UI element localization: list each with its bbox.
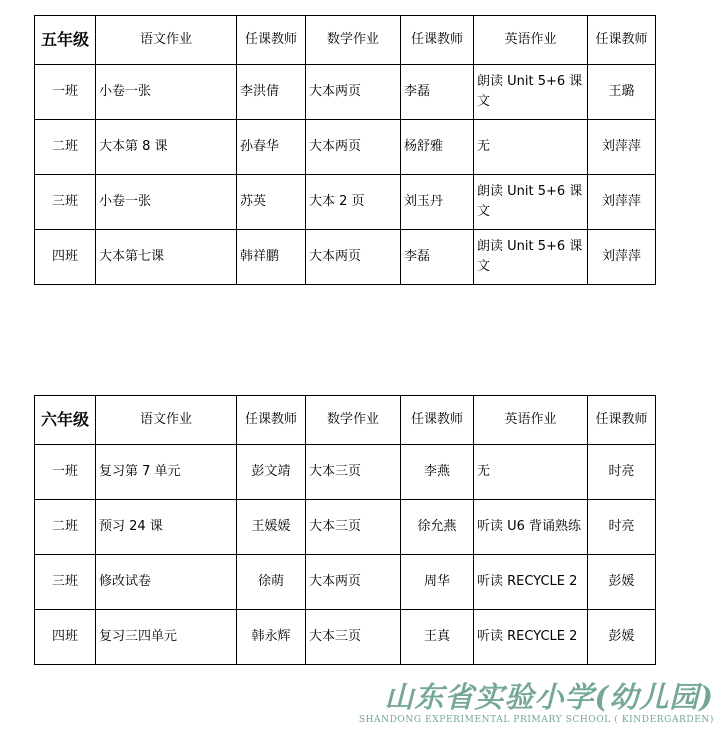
header-english-homework: 英语作业 bbox=[474, 16, 588, 65]
header-math-homework: 数学作业 bbox=[306, 16, 401, 65]
class-label: 二班 bbox=[35, 500, 96, 555]
english-homework-cell: 听读 U6 背诵熟练 bbox=[474, 500, 588, 555]
class-label: 四班 bbox=[35, 610, 96, 665]
header-english-teacher: 任课教师 bbox=[588, 16, 656, 65]
table-header-row: 五年级 语文作业 任课教师 数学作业 任课教师 英语作业 任课教师 bbox=[35, 16, 656, 65]
math-homework-cell: 大本三页 bbox=[306, 445, 401, 500]
class-label: 二班 bbox=[35, 120, 96, 175]
english-homework-cell: 听读 RECYCLE 2 bbox=[474, 610, 588, 665]
english-teacher-cell: 时亮 bbox=[588, 500, 656, 555]
class-label: 一班 bbox=[35, 65, 96, 120]
math-teacher-cell: 徐允燕 bbox=[401, 500, 474, 555]
english-teacher-cell: 王璐 bbox=[588, 65, 656, 120]
math-teacher-cell: 李燕 bbox=[401, 445, 474, 500]
chinese-teacher-cell: 徐萌 bbox=[237, 555, 306, 610]
english-teacher-cell: 彭媛 bbox=[588, 610, 656, 665]
chinese-teacher-cell: 王媛媛 bbox=[237, 500, 306, 555]
english-teacher-cell: 刘萍萍 bbox=[588, 120, 656, 175]
header-english-homework: 英语作业 bbox=[474, 396, 588, 445]
math-homework-cell: 大本两页 bbox=[306, 120, 401, 175]
math-teacher-cell: 王真 bbox=[401, 610, 474, 665]
table-row: 二班 大本第 8 课 孙春华 大本两页 杨舒雅 无 刘萍萍 bbox=[35, 120, 656, 175]
header-math-teacher: 任课教师 bbox=[401, 16, 474, 65]
math-homework-cell: 大本两页 bbox=[306, 230, 401, 285]
math-homework-cell: 大本两页 bbox=[306, 65, 401, 120]
class-label: 一班 bbox=[35, 445, 96, 500]
school-logo: 山东省实验小学(幼儿园) SHANDONG EXPERIMENTAL PRIMA… bbox=[359, 682, 714, 725]
math-teacher-cell: 杨舒雅 bbox=[401, 120, 474, 175]
english-homework-cell: 无 bbox=[474, 120, 588, 175]
math-teacher-cell: 李磊 bbox=[401, 65, 474, 120]
chinese-homework-cell: 小卷一张 bbox=[96, 65, 237, 120]
chinese-teacher-cell: 苏英 bbox=[237, 175, 306, 230]
math-homework-cell: 大本三页 bbox=[306, 610, 401, 665]
header-chinese-teacher: 任课教师 bbox=[237, 16, 306, 65]
english-teacher-cell: 时亮 bbox=[588, 445, 656, 500]
chinese-teacher-cell: 韩祥鹏 bbox=[237, 230, 306, 285]
grade-label: 六年级 bbox=[35, 396, 96, 445]
chinese-homework-cell: 修改试卷 bbox=[96, 555, 237, 610]
header-english-teacher: 任课教师 bbox=[588, 396, 656, 445]
header-chinese-homework: 语文作业 bbox=[96, 396, 237, 445]
class-label: 三班 bbox=[35, 175, 96, 230]
table-row: 四班 大本第七课 韩祥鹏 大本两页 李磊 朗读 Unit 5+6 课文 刘萍萍 bbox=[35, 230, 656, 285]
table-row: 三班 修改试卷 徐萌 大本两页 周华 听读 RECYCLE 2 彭媛 bbox=[35, 555, 656, 610]
chinese-teacher-cell: 孙春华 bbox=[237, 120, 306, 175]
class-label: 四班 bbox=[35, 230, 96, 285]
chinese-homework-cell: 预习 24 课 bbox=[96, 500, 237, 555]
chinese-teacher-cell: 彭文靖 bbox=[237, 445, 306, 500]
english-homework-cell: 朗读 Unit 5+6 课文 bbox=[474, 230, 588, 285]
header-chinese-teacher: 任课教师 bbox=[237, 396, 306, 445]
school-name-english: SHANDONG EXPERIMENTAL PRIMARY SCHOOL ( K… bbox=[359, 715, 714, 725]
chinese-teacher-cell: 李洪倩 bbox=[237, 65, 306, 120]
grade5-homework-table: 五年级 语文作业 任课教师 数学作业 任课教师 英语作业 任课教师 一班 小卷一… bbox=[34, 15, 656, 285]
math-homework-cell: 大本两页 bbox=[306, 555, 401, 610]
english-teacher-cell: 刘萍萍 bbox=[588, 175, 656, 230]
math-teacher-cell: 李磊 bbox=[401, 230, 474, 285]
english-homework-cell: 朗读 Unit 5+6 课文 bbox=[474, 65, 588, 120]
math-homework-cell: 大本三页 bbox=[306, 500, 401, 555]
header-math-homework: 数学作业 bbox=[306, 396, 401, 445]
class-label: 三班 bbox=[35, 555, 96, 610]
math-teacher-cell: 周华 bbox=[401, 555, 474, 610]
grade-label: 五年级 bbox=[35, 16, 96, 65]
chinese-homework-cell: 大本第七课 bbox=[96, 230, 237, 285]
chinese-homework-cell: 复习三四单元 bbox=[96, 610, 237, 665]
chinese-homework-cell: 复习第 7 单元 bbox=[96, 445, 237, 500]
english-homework-cell: 听读 RECYCLE 2 bbox=[474, 555, 588, 610]
english-homework-cell: 朗读 Unit 5+6 课文 bbox=[474, 175, 588, 230]
table-header-row: 六年级 语文作业 任课教师 数学作业 任课教师 英语作业 任课教师 bbox=[35, 396, 656, 445]
math-homework-cell: 大本 2 页 bbox=[306, 175, 401, 230]
english-teacher-cell: 刘萍萍 bbox=[588, 230, 656, 285]
chinese-homework-cell: 小卷一张 bbox=[96, 175, 237, 230]
table-row: 一班 小卷一张 李洪倩 大本两页 李磊 朗读 Unit 5+6 课文 王璐 bbox=[35, 65, 656, 120]
english-homework-cell: 无 bbox=[474, 445, 588, 500]
chinese-homework-cell: 大本第 8 课 bbox=[96, 120, 237, 175]
math-teacher-cell: 刘玉丹 bbox=[401, 175, 474, 230]
document-page: 五年级 语文作业 任课教师 数学作业 任课教师 英语作业 任课教师 一班 小卷一… bbox=[0, 0, 718, 745]
english-teacher-cell: 彭媛 bbox=[588, 555, 656, 610]
table-row: 四班 复习三四单元 韩永辉 大本三页 王真 听读 RECYCLE 2 彭媛 bbox=[35, 610, 656, 665]
header-chinese-homework: 语文作业 bbox=[96, 16, 237, 65]
school-name-chinese: 山东省实验小学(幼儿园) bbox=[359, 682, 714, 714]
header-math-teacher: 任课教师 bbox=[401, 396, 474, 445]
table-row: 一班 复习第 7 单元 彭文靖 大本三页 李燕 无 时亮 bbox=[35, 445, 656, 500]
table-row: 二班 预习 24 课 王媛媛 大本三页 徐允燕 听读 U6 背诵熟练 时亮 bbox=[35, 500, 656, 555]
chinese-teacher-cell: 韩永辉 bbox=[237, 610, 306, 665]
table-row: 三班 小卷一张 苏英 大本 2 页 刘玉丹 朗读 Unit 5+6 课文 刘萍萍 bbox=[35, 175, 656, 230]
grade6-homework-table: 六年级 语文作业 任课教师 数学作业 任课教师 英语作业 任课教师 一班 复习第… bbox=[34, 395, 656, 665]
